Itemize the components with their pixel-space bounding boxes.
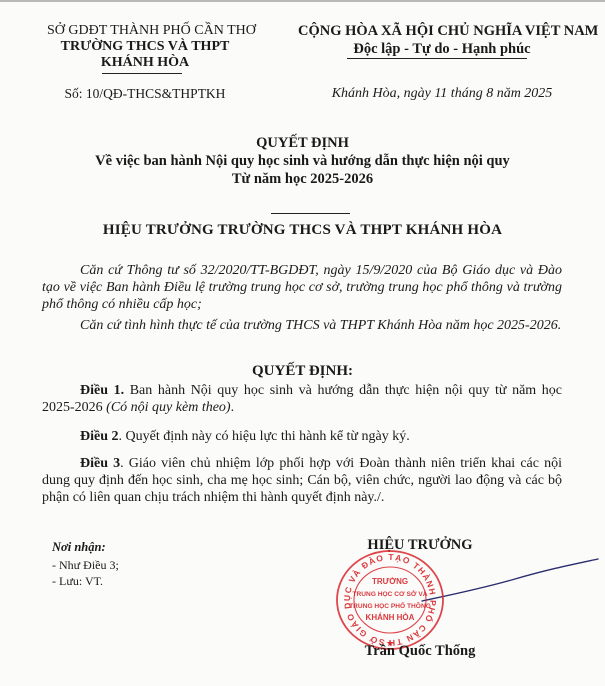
svg-text:TRUNG HỌC PHỔ THÔNG: TRUNG HỌC PHỔ THÔNG — [349, 601, 431, 610]
window-top-border — [0, 0, 605, 2]
article-2-text: . Quyết định này có hiệu lực thi hành kể… — [119, 429, 410, 444]
header-left-underline — [102, 73, 182, 74]
article-1-note: (Có nội quy kèm theo) — [106, 400, 230, 415]
recipient-item: - Lưu: VT. — [52, 574, 103, 589]
issuing-authority: HIỆU TRƯỞNG TRƯỜNG THCS VÀ THPT KHÁNH HÒ… — [0, 222, 605, 239]
article-2: Điều 2. Quyết định này có hiệu lực thi h… — [42, 428, 562, 445]
recipients-title: Nơi nhận: — [52, 540, 106, 555]
recipient-item: - Như Điều 3; — [52, 558, 119, 573]
signer-name: Trần Quốc Thống — [340, 643, 500, 660]
preamble-paragraph-1: Căn cứ Thông tư số 32/2020/TT-BGDĐT, ngà… — [42, 262, 562, 313]
decision-heading: QUYẾT ĐỊNH: — [0, 363, 605, 380]
place-and-date: Khánh Hòa, ngày 11 tháng 8 năm 2025 — [298, 86, 586, 102]
official-seal-stamp: SỞ GIÁO DỤC VÀ ĐÀO TẠO THÀNH PHỐ CẦN THƠ… — [334, 548, 446, 652]
school-name-line1: TRƯỜNG THCS VÀ THPT — [47, 39, 243, 55]
document-subject-line1: Về việc ban hành Nội quy học sinh và hướ… — [0, 153, 605, 170]
article-3-label: Điều 3 — [80, 456, 120, 471]
school-name-line2: KHÁNH HÒA — [47, 55, 243, 71]
handwritten-signature — [420, 555, 600, 615]
preamble-text-1: Căn cứ Thông tư số 32/2020/TT-BGDĐT, ngà… — [42, 263, 562, 312]
svg-text:TRUNG HỌC CƠ SỞ VÀ: TRUNG HỌC CƠ SỞ VÀ — [353, 589, 428, 598]
title-separator — [271, 213, 350, 214]
preamble-text-2: Căn cứ tình hình thực tế của trường THCS… — [80, 318, 561, 333]
document-subject-line2: Từ năm học 2025-2026 — [0, 171, 605, 188]
national-motto: Độc lập - Tự do - Hạnh phúc — [298, 41, 586, 58]
article-1: Điều 1. Ban hành Nội quy học sinh và hướ… — [42, 382, 562, 416]
article-1-tail: . — [231, 400, 235, 415]
nation-name: CỘNG HÒA XÃ HỘI CHỦ NGHĨA VIỆT NAM — [298, 23, 586, 40]
preamble-paragraph-2: Căn cứ tình hình thực tế của trường THCS… — [42, 317, 562, 334]
article-3-text: . Giáo viên chủ nhiệm lớp phối hợp với Đ… — [42, 456, 562, 505]
header-right-underline — [347, 58, 527, 59]
document-number: Số: 10/QĐ-THCS&THPTKH — [47, 86, 243, 102]
document-type: QUYẾT ĐỊNH — [0, 135, 605, 152]
article-2-label: Điều 2 — [80, 429, 119, 444]
svg-text:KHÁNH HÒA: KHÁNH HÒA — [366, 613, 415, 622]
agency-name: SỞ GDĐT THÀNH PHỐ CẦN THƠ — [47, 23, 243, 39]
article-3: Điều 3. Giáo viên chủ nhiệm lớp phối hợp… — [42, 455, 562, 506]
article-1-label: Điều 1. — [80, 383, 124, 398]
svg-text:TRƯỜNG: TRƯỜNG — [372, 577, 408, 586]
